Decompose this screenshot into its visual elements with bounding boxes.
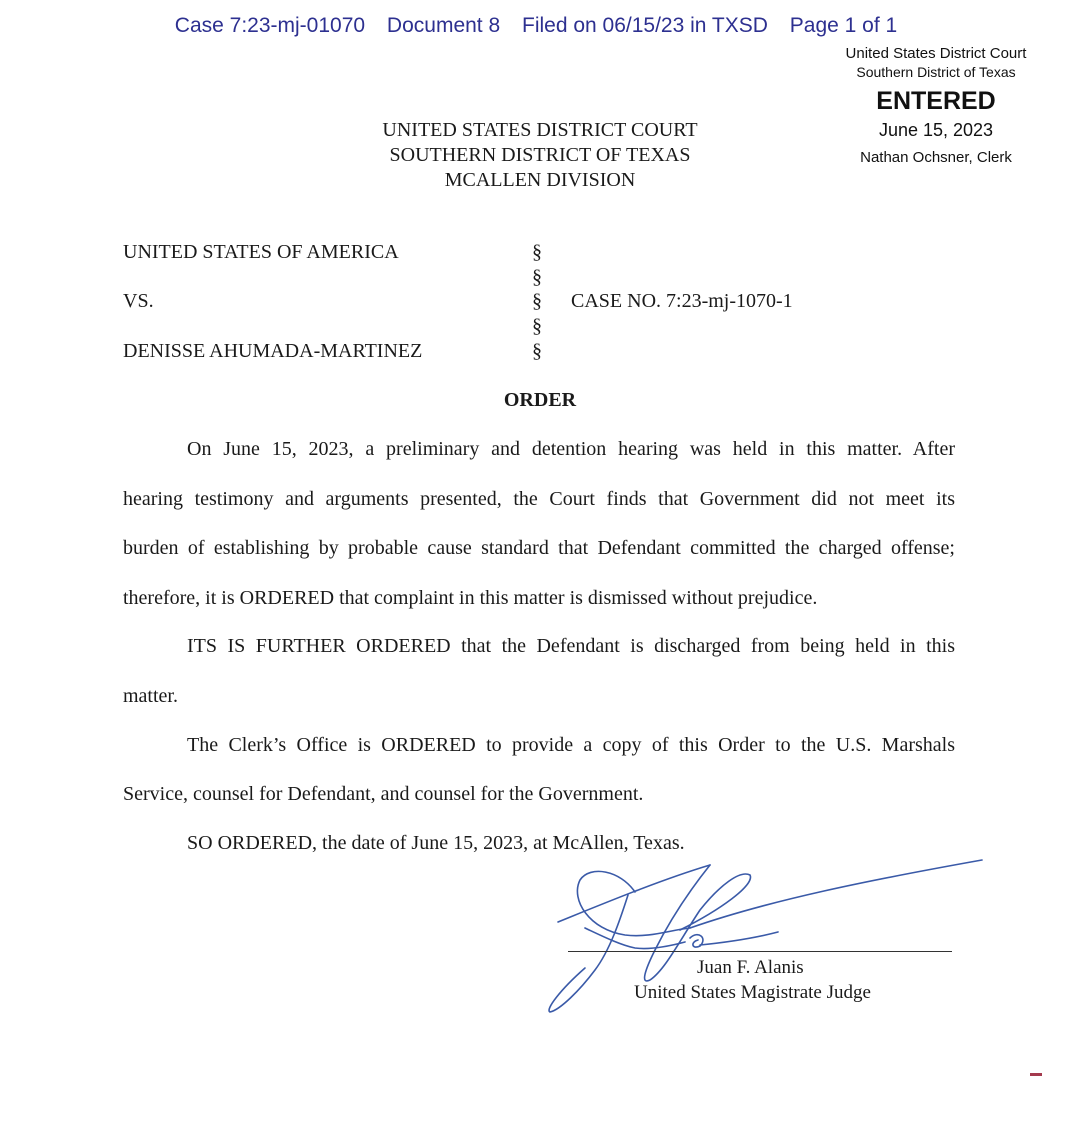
stamp-status: ENTERED	[830, 86, 1042, 116]
case-number: CASE NO. 7:23-mj-1070-1	[571, 290, 793, 313]
order-line: Service, counsel for Defendant, and coun…	[123, 783, 643, 806]
versus-label: VS.	[123, 290, 154, 313]
order-line: On June 15, 2023, a preliminary and dete…	[187, 438, 955, 461]
section-symbol: §	[532, 290, 542, 313]
section-symbol: §	[532, 315, 542, 338]
court-heading-line-3: MCALLEN DIVISION	[340, 168, 740, 193]
plaintiff-name: UNITED STATES OF AMERICA	[123, 241, 399, 264]
filing-header: Case 7:23-mj-01070 Document 8 Filed on 0…	[0, 14, 1080, 38]
filing-case-number: Case 7:23-mj-01070	[175, 14, 365, 37]
stamp-district: Southern District of Texas	[830, 63, 1042, 81]
judge-title: United States Magistrate Judge	[634, 982, 871, 1004]
section-symbol: §	[532, 241, 542, 264]
order-line: hearing testimony and arguments presente…	[123, 488, 955, 511]
order-title: ORDER	[0, 389, 1080, 412]
signature-line	[568, 951, 952, 952]
filing-date: Filed on 06/15/23 in TXSD	[522, 14, 768, 37]
judge-name: Juan F. Alanis	[697, 957, 804, 979]
section-symbol: §	[532, 340, 542, 363]
order-line: matter.	[123, 685, 178, 708]
stamp-court: United States District Court	[830, 45, 1042, 63]
entered-stamp: United States District Court Southern Di…	[830, 45, 1042, 167]
order-line: burden of establishing by probable cause…	[123, 537, 955, 560]
stamp-clerk: Nathan Ochsner, Clerk	[830, 149, 1042, 167]
defendant-name: DENISSE AHUMADA-MARTINEZ	[123, 340, 422, 363]
stamp-date: June 15, 2023	[830, 119, 1042, 141]
order-line: The Clerk’s Office is ORDERED to provide…	[187, 734, 955, 757]
court-heading-line-1: UNITED STATES DISTRICT COURT	[340, 118, 740, 143]
filing-page-count: Page 1 of 1	[790, 14, 897, 37]
filing-document-number: Document 8	[387, 14, 500, 37]
section-symbol: §	[532, 266, 542, 289]
order-line: ITS IS FURTHER ORDERED that the Defendan…	[187, 635, 955, 658]
court-heading-line-2: SOUTHERN DISTRICT OF TEXAS	[340, 143, 740, 168]
court-heading: UNITED STATES DISTRICT COURT SOUTHERN DI…	[340, 118, 740, 193]
scan-artifact-mark	[1030, 1073, 1042, 1076]
order-line: therefore, it is ORDERED that complaint …	[123, 587, 817, 610]
